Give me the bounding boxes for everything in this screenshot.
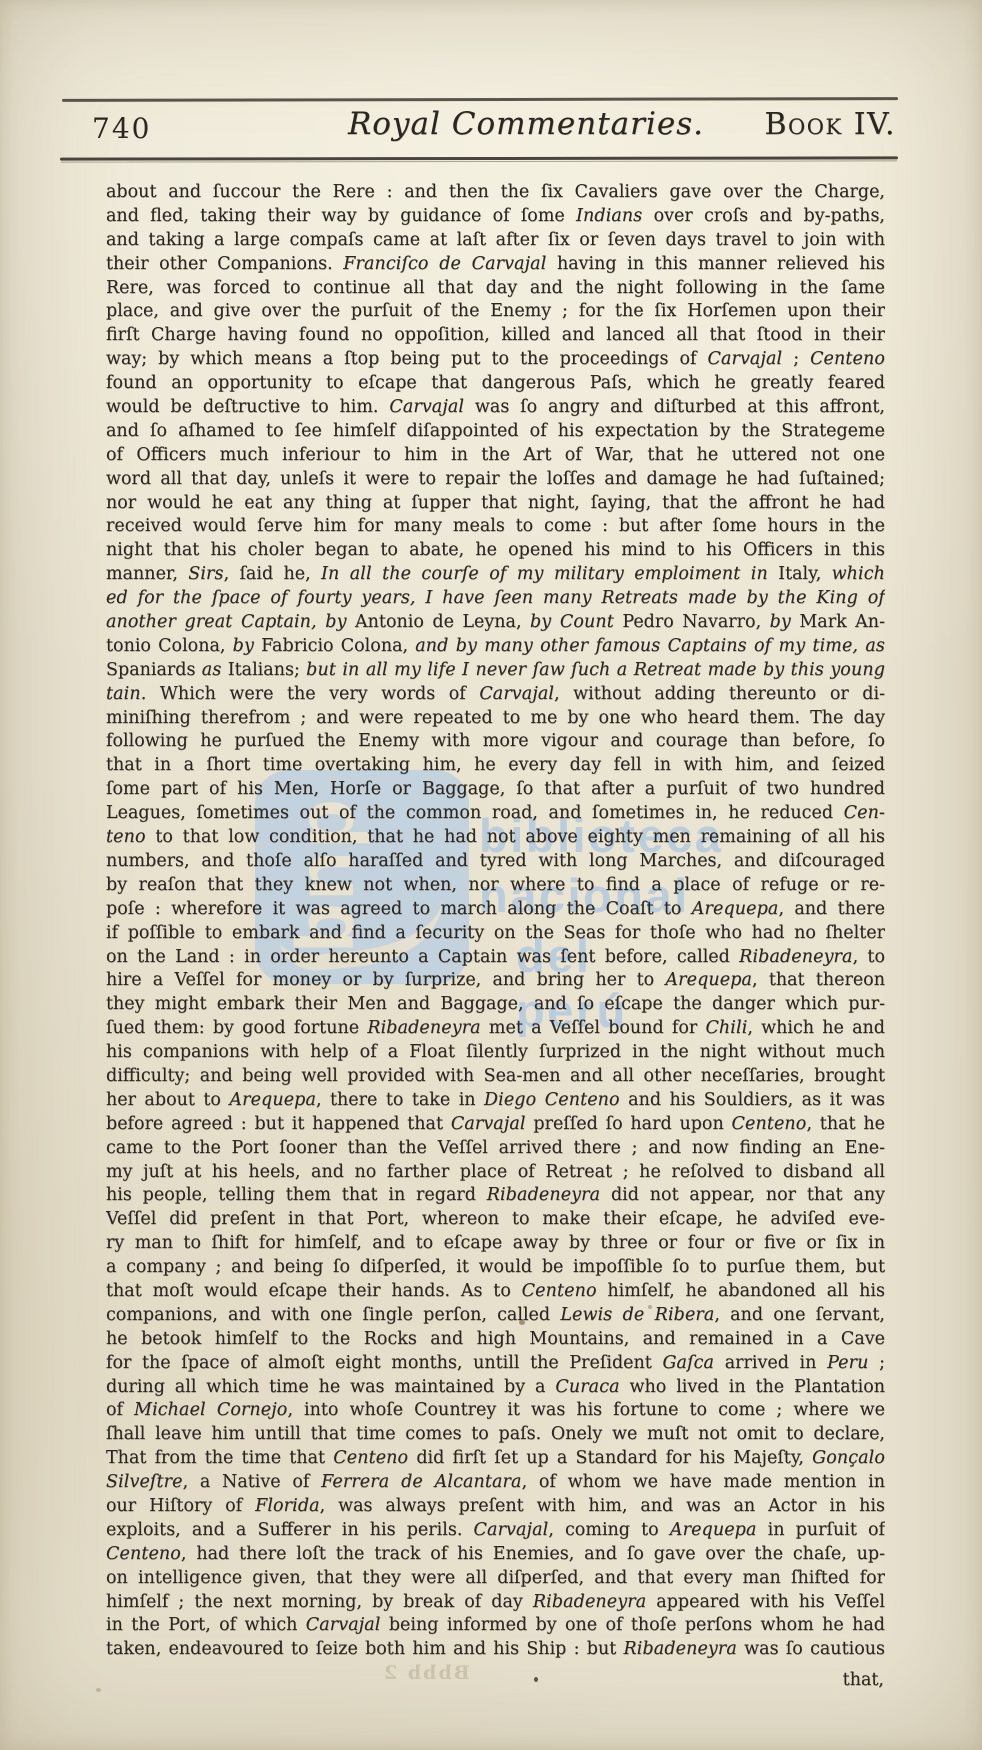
text-line: another great Captain, by Antonio de Ley… [106, 611, 885, 635]
running-title-text: Royal Commentaries. [278, 106, 704, 142]
text-line: on intelligence given, that they were al… [106, 1567, 885, 1591]
text-line: received would ſerve him for many meals … [106, 515, 885, 539]
text-line: Centeno, had there loſt the track of his… [106, 1543, 885, 1567]
text-line: following he purſued the Enemy with more… [106, 730, 885, 754]
book-page: bnp biblioteca nacional del perú 740 Roy… [0, 0, 982, 1750]
text-line: numbers, and thoſe alſo haraſſed and tyr… [106, 850, 885, 874]
header-rule-bottom [60, 156, 898, 160]
text-line: our Hiſtory of Florida, was always preſe… [106, 1495, 885, 1519]
foxing-speck [96, 1688, 101, 1692]
text-line: on the Land : in order hereunto a Captai… [106, 946, 885, 970]
text-line: taken, endeavoured to ſeize both him and… [106, 1638, 885, 1662]
text-line: Spaniards as Italians; but in all my lif… [106, 659, 885, 683]
text-line: a company ; and being ſo diſperſed, it w… [106, 1256, 885, 1280]
text-line: for the ſpace of almoſt eight months, un… [106, 1352, 885, 1376]
text-line: Leagues, ſometimes out of the common roa… [106, 802, 885, 826]
text-line: and taking a large compaſs came at laſt … [106, 229, 885, 253]
text-line: that moſt would eſcape their hands. As t… [106, 1280, 885, 1304]
catchword: that, [843, 1670, 884, 1690]
text-line: and ſo aſhamed to ſee himſelf diſappoint… [106, 420, 885, 444]
text-line: miniſhing therefrom ; and were repeated … [106, 707, 885, 731]
text-line: Veſſel did preſent in that Port, whereon… [106, 1208, 885, 1232]
text-line: her about to Arequepa, there to take in … [106, 1089, 885, 1113]
text-line: if poſſible to embark and find a ſecurit… [106, 922, 885, 946]
text-line: ſhall leave him untill that time comes t… [106, 1423, 885, 1447]
header-rule-top [62, 97, 898, 102]
text-line: manner, Sirs, ſaid he, In all the courſe… [106, 563, 885, 587]
text-line: night that his choler began to abate, he… [106, 539, 885, 563]
text-line: place, and give over the purſuit of the … [106, 300, 885, 324]
text-line: would be deſtructive to him. Carvajal wa… [106, 396, 885, 420]
showthrough-ghost-text: Bbbb 2 [382, 1662, 470, 1684]
text-line: by reaſon that they knew not when, nor w… [106, 874, 885, 898]
text-line: nor would he eat any thing at ſupper tha… [106, 492, 885, 516]
text-line: companions, and with one ſingle perſon, … [106, 1304, 885, 1328]
text-line: ry man to ſhift for himſelf, and to eſca… [106, 1232, 885, 1256]
signature-mark [534, 1677, 538, 1682]
text-line: came to the Port ſooner than the Veſſel … [106, 1137, 885, 1161]
text-line: my juſt at his heels, and no farther pla… [106, 1161, 885, 1185]
text-line: about and ſuccour the Rere : and then th… [106, 181, 885, 205]
text-line: Rere, was forced to continue all that da… [106, 277, 885, 301]
text-line: exploits, and a Sufferer in his perils. … [106, 1519, 885, 1543]
text-line: That from the time that Centeno did firſ… [106, 1447, 885, 1471]
text-line: ſome part of his Men, Horſe or Baggage, … [106, 778, 885, 802]
text-line: that in a ſhort time overtaking him, he … [106, 754, 885, 778]
text-line: ed for the ſpace of fourty years, I have… [106, 587, 885, 611]
text-line: tain. Which were the very words of Carva… [106, 683, 885, 707]
text-line: poſe : wherefore it was agreed to march … [106, 898, 885, 922]
text-line: his people, telling them that in regard … [106, 1184, 885, 1208]
text-line: he betook himſelf to the Rocks and high … [106, 1328, 885, 1352]
text-line: himſelf ; the next morning, by break of … [106, 1591, 885, 1615]
text-line: they might embark their Men and Baggage,… [106, 993, 885, 1017]
text-line: of Michael Cornejo, into whoſe Countrey … [106, 1399, 885, 1423]
text-line: before agreed : but it happened that Car… [106, 1113, 885, 1137]
text-line: in the Port, of which Carvajal being inf… [106, 1614, 885, 1638]
text-line: their other Companions. Franciſco de Car… [106, 253, 885, 277]
text-line: word all that day, unleſs it were to rep… [106, 468, 885, 492]
foxing-speck [868, 760, 872, 763]
text-line: his companions with help of a Float ſile… [106, 1041, 885, 1065]
text-line: teno to that low condition, that he had … [106, 826, 885, 850]
text-line: Silveſtre, a Native of Ferrera de Alcant… [106, 1471, 885, 1495]
text-line: tonio Colona, by Fabricio Colona, and by… [106, 635, 885, 659]
text-line: firſt Charge having found no oppoſition,… [106, 324, 885, 348]
foxing-speck [648, 1305, 652, 1309]
text-line: during all which time he was maintained … [106, 1376, 885, 1400]
text-line: of Officers much inferiour to him in the… [106, 444, 885, 468]
text-line: difficulty; and being well provided with… [106, 1065, 885, 1089]
text-line: way; by which means a ſtop being put to … [106, 348, 885, 372]
book-label: Book IV. [764, 107, 896, 142]
text-line: ſued them: by good fortune Ribadeneyra m… [106, 1017, 885, 1041]
text-line: found an opportunity to eſcape that dang… [106, 372, 885, 396]
text-line: and fled, taking their way by guidance o… [106, 205, 885, 229]
body-text: about and ſuccour the Rere : and then th… [106, 181, 885, 1662]
text-line: hire a Veſſel for money or by ſurprize, … [106, 969, 885, 993]
foxing-speck [519, 1320, 525, 1325]
